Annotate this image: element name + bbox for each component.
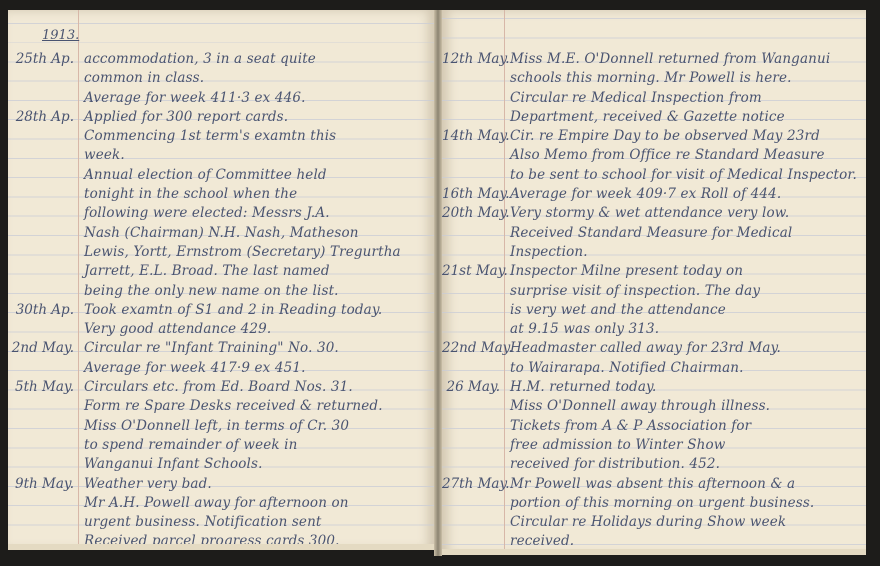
entry-date: 20th May. (442, 204, 504, 262)
log-entry: 5th May.Circulars etc. from Ed. Board No… (8, 378, 434, 474)
year-heading: 1913. (42, 28, 79, 43)
entry-line: to Wairarapa. Notified Chairman. (510, 359, 866, 378)
entry-line: Average for week 417·9 ex 451. (84, 359, 434, 378)
entry-line: Mr A.H. Powell away for afternoon on (84, 494, 434, 513)
entry-line: free admission to Winter Show (510, 436, 866, 455)
entry-line: being the only new name on the list. (84, 282, 434, 301)
entry-line: Tickets from A & P Association for (510, 417, 866, 436)
entry-line: portion of this morning on urgent busine… (510, 494, 866, 513)
entry-line: Commencing 1st term's examtn this (84, 127, 434, 146)
entry-line: Miss O'Donnell left, in terms of Cr. 30 (84, 417, 434, 436)
entry-date: 26 May. (442, 378, 504, 474)
entry-line: to spend remainder of week in (84, 436, 434, 455)
log-entry: 20th May.Very stormy & wet attendance ve… (442, 204, 866, 262)
log-entry: 25th Ap.accommodation, 3 in a seat quite… (8, 50, 434, 89)
entry-date: 25th Ap. (8, 50, 78, 89)
entry-text: Circular re "Infant Training" No. 30.Ave… (78, 339, 434, 378)
entry-text: Average for week 409·7 ex Roll of 444. (504, 185, 866, 204)
entry-date (8, 89, 78, 108)
left-page: 1913. 25th Ap.accommodation, 3 in a seat… (8, 10, 434, 550)
entry-line: Circular re Holidays during Show week (510, 513, 866, 532)
log-entry: Average for week 411·3 ex 446. (8, 89, 434, 108)
entry-date: 9th May. (8, 475, 78, 550)
entry-date: 30th Ap. (8, 301, 78, 340)
log-entry: 9th May.Weather very bad.Mr A.H. Powell … (8, 475, 434, 550)
entry-date: 2nd May. (8, 339, 78, 378)
entry-date: 5th May. (8, 378, 78, 474)
entry-line: received for distribution. 452. (510, 455, 866, 474)
entry-line: following were elected: Messrs J.A. (84, 204, 434, 223)
entry-line: Circulars etc. from Ed. Board Nos. 31. (84, 378, 434, 397)
log-entry: 16th May.Average for week 409·7 ex Roll … (442, 185, 866, 204)
entry-line: Headmaster called away for 23rd May. (510, 339, 866, 358)
log-entry: 27th May.Mr Powell was absent this after… (442, 475, 866, 552)
log-entry: 21st May.Inspector Milne present today o… (442, 262, 866, 339)
log-entry: Annual election of Committee heldtonight… (8, 166, 434, 301)
page-edge (8, 544, 434, 550)
entry-line: to be sent to school for visit of Medica… (510, 166, 866, 185)
entry-line: Miss O'Donnell away through illness. (510, 397, 866, 416)
right-entries: 12th May.Miss M.E. O'Donnell returned fr… (442, 50, 866, 552)
entry-text: accommodation, 3 in a seat quitecommon i… (78, 50, 434, 89)
entry-text: Average for week 411·3 ex 446. (78, 89, 434, 108)
entry-line: Cir. re Empire Day to be observed May 23… (510, 127, 866, 146)
log-entry: 26 May.H.M. returned today.Miss O'Donnel… (442, 378, 866, 474)
right-page: 12th May.Miss M.E. O'Donnell returned fr… (442, 10, 866, 555)
entry-line: Took examtn of S1 and 2 in Reading today… (84, 301, 434, 320)
entry-line: H.M. returned today. (510, 378, 866, 397)
entry-line: Jarrett, E.L. Broad. The last named (84, 262, 434, 281)
entry-line: Average for week 411·3 ex 446. (84, 89, 434, 108)
entry-line: week. (84, 146, 434, 165)
entry-date: 16th May. (442, 185, 504, 204)
left-entries: 25th Ap.accommodation, 3 in a seat quite… (8, 50, 434, 550)
entry-line: schools this morning. Mr Powell is here. (510, 69, 866, 88)
entry-text: Cir. re Empire Day to be observed May 23… (504, 127, 866, 185)
entry-line: Circular re Medical Inspection from (510, 89, 866, 108)
entry-text: Weather very bad.Mr A.H. Powell away for… (78, 475, 434, 550)
log-entry: 30th Ap.Took examtn of S1 and 2 in Readi… (8, 301, 434, 340)
log-entry: 28th Ap.Applied for 300 report cards.Com… (8, 108, 434, 166)
entry-date: 14th May. (442, 127, 504, 185)
entry-line: at 9.15 was only 313. (510, 320, 866, 339)
entry-text: Miss M.E. O'Donnell returned from Wangan… (504, 50, 866, 127)
entry-line: is very wet and the attendance (510, 301, 866, 320)
entry-text: Applied for 300 report cards.Commencing … (78, 108, 434, 166)
entry-text: Inspector Milne present today onsurprise… (504, 262, 866, 339)
entry-date: 27th May. (442, 475, 504, 552)
entry-line: urgent business. Notification sent (84, 513, 434, 532)
entry-line: Very good attendance 429. (84, 320, 434, 339)
entry-line: Also Memo from Office re Standard Measur… (510, 146, 866, 165)
entry-date: 21st May. (442, 262, 504, 339)
log-entry: 12th May.Miss M.E. O'Donnell returned fr… (442, 50, 866, 127)
entry-text: H.M. returned today.Miss O'Donnell away … (504, 378, 866, 474)
entry-line: Nash (Chairman) N.H. Nash, Matheson (84, 224, 434, 243)
log-entry: 14th May.Cir. re Empire Day to be observ… (442, 127, 866, 185)
entry-line: Mr Powell was absent this afternoon & a (510, 475, 866, 494)
entry-line: Weather very bad. (84, 475, 434, 494)
page-edge (442, 549, 866, 555)
entry-text: Circulars etc. from Ed. Board Nos. 31.Fo… (78, 378, 434, 474)
entry-line: Average for week 409·7 ex Roll of 444. (510, 185, 866, 204)
entry-text: Headmaster called away for 23rd May.to W… (504, 339, 866, 378)
entry-line: common in class. (84, 69, 434, 88)
entry-line: Very stormy & wet attendance very low. (510, 204, 866, 223)
entry-line: Inspector Milne present today on (510, 262, 866, 281)
entry-line: Department, received & Gazette notice (510, 108, 866, 127)
entry-line: Annual election of Committee held (84, 166, 434, 185)
log-entry: 2nd May.Circular re "Infant Training" No… (8, 339, 434, 378)
log-entry: 22nd May.Headmaster called away for 23rd… (442, 339, 866, 378)
entry-line: surprise visit of inspection. The day (510, 282, 866, 301)
entry-line: Received Standard Measure for Medical (510, 224, 866, 243)
entry-line: Lewis, Yortt, Ernstrom (Secretary) Tregu… (84, 243, 434, 262)
entry-text: Annual election of Committee heldtonight… (78, 166, 434, 301)
entry-line: Miss M.E. O'Donnell returned from Wangan… (510, 50, 866, 69)
entry-line: Circular re "Infant Training" No. 30. (84, 339, 434, 358)
entry-line: Form re Spare Desks received & returned. (84, 397, 434, 416)
entry-line: tonight in the school when the (84, 185, 434, 204)
entry-text: Very stormy & wet attendance very low.Re… (504, 204, 866, 262)
entry-line: accommodation, 3 in a seat quite (84, 50, 434, 69)
entry-line: Inspection. (510, 243, 866, 262)
entry-text: Took examtn of S1 and 2 in Reading today… (78, 301, 434, 340)
entry-line: Wanganui Infant Schools. (84, 455, 434, 474)
book-gutter (434, 10, 442, 556)
entry-date: 28th Ap. (8, 108, 78, 166)
entry-date: 22nd May. (442, 339, 504, 378)
entry-date: 12th May. (442, 50, 504, 127)
entry-date (8, 166, 78, 301)
entry-text: Mr Powell was absent this afternoon & ap… (504, 475, 866, 552)
entry-line: Applied for 300 report cards. (84, 108, 434, 127)
